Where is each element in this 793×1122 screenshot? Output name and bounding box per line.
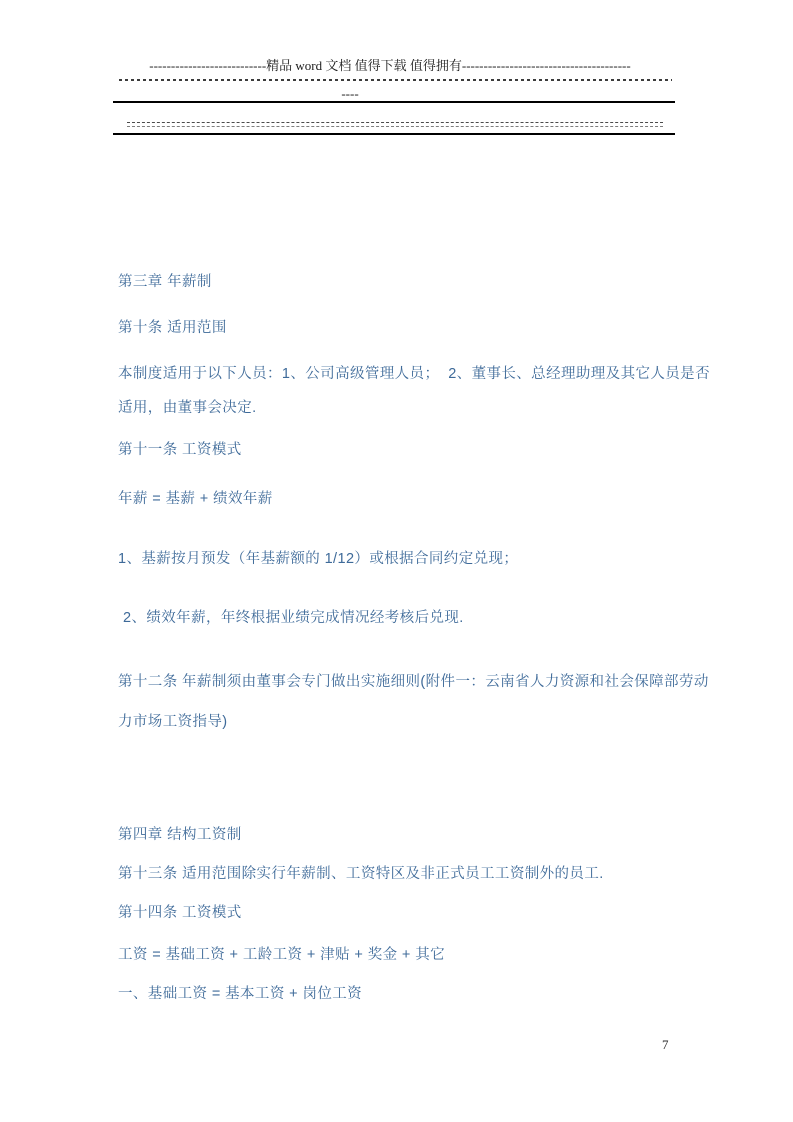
article-13-body: 第十三条 适用范围除实行年薪制、工资特区及非正式员工工资制外的员工. xyxy=(118,862,698,883)
header-dashed-separator-top xyxy=(119,79,672,81)
chapter-heading-structured-wage: 第四章 结构工资制 xyxy=(118,823,698,844)
article-12-body-line-2: 力市场工资指导) xyxy=(118,710,698,731)
article-11-heading: 第十一条 工资模式 xyxy=(118,438,698,459)
chapter-heading-annual-salary: 第三章 年薪制 xyxy=(118,270,698,291)
base-wage-formula: 一、基础工资 = 基本工资 + 岗位工资 xyxy=(118,982,698,1003)
header-short-dashes: ---- xyxy=(0,86,700,102)
document-page: ---------------------------精品 word 文档 值得… xyxy=(0,0,793,1122)
article-14-heading: 第十四条 工资模式 xyxy=(118,901,698,922)
wage-formula: 工资 = 基础工资 + 工龄工资 + 津贴 + 奖金 + 其它 xyxy=(118,943,698,964)
annual-salary-item-2: 2、绩效年薪，年终根据业绩完成情况经考核后兑现. xyxy=(123,606,703,627)
header-dashed-separator-bottom xyxy=(127,122,663,127)
header-solid-rule-bottom xyxy=(113,133,675,135)
page-number: 7 xyxy=(662,1037,669,1053)
article-10-body-line-2: 适用，由董事会决定. xyxy=(118,396,698,417)
annual-salary-formula: 年薪 = 基薪 + 绩效年薪 xyxy=(118,487,698,508)
article-10-body-line-1: 本制度适用于以下人员：1、公司高级管理人员； 2、董事长、总经理助理及其它人员是… xyxy=(118,362,698,383)
header-banner-text: ---------------------------精品 word 文档 值得… xyxy=(0,55,780,74)
article-12-body-line-1: 第十二条 年薪制须由董事会专门做出实施细则(附件一：云南省人力资源和社会保障部劳… xyxy=(118,670,698,691)
article-10-heading: 第十条 适用范围 xyxy=(118,316,698,337)
annual-salary-item-1: 1、基薪按月预发（年基薪额的 1/12）或根据合同约定兑现； xyxy=(118,547,698,568)
header-solid-rule-top xyxy=(113,101,675,103)
